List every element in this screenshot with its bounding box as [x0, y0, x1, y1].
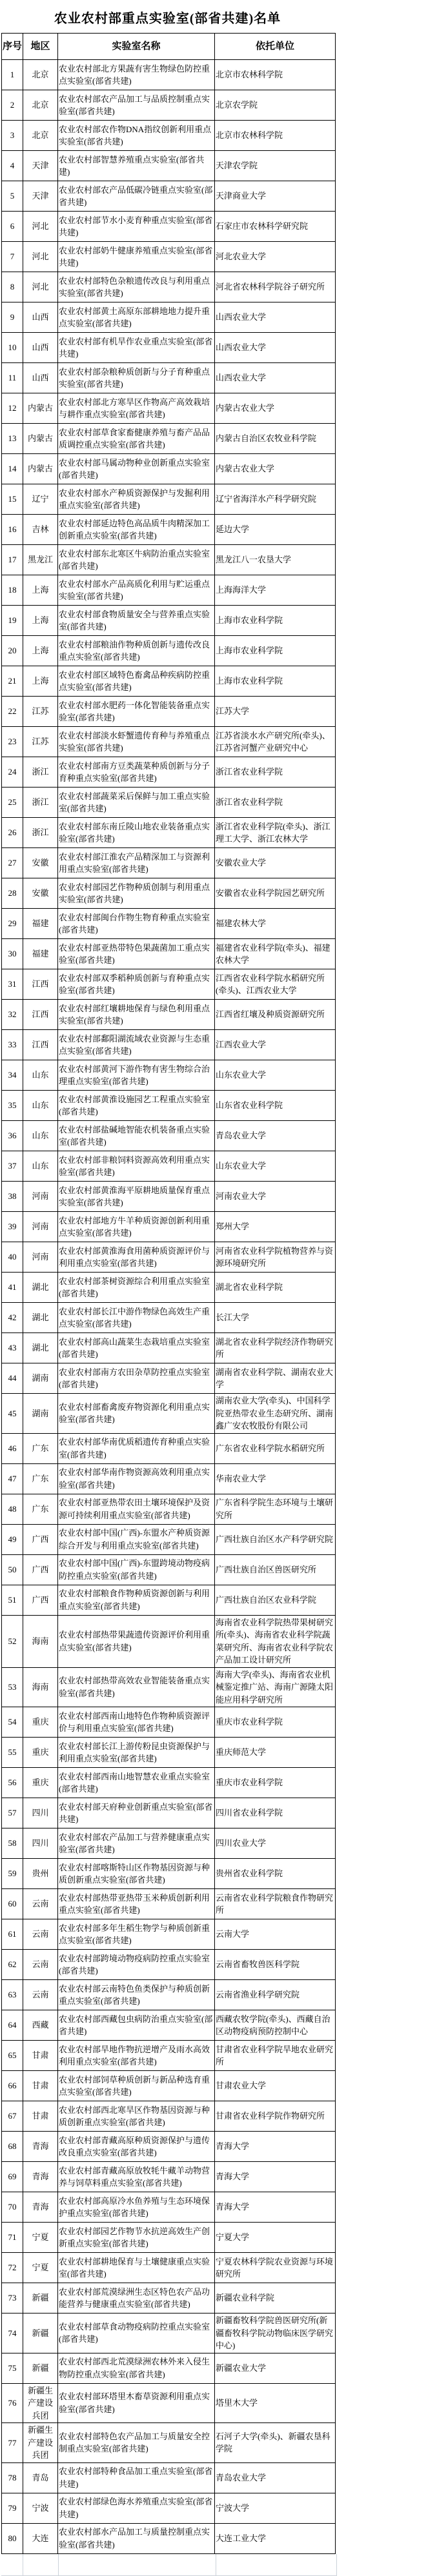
- cell-region: 福建: [23, 939, 58, 969]
- cell-org: 宁夏大学: [215, 2223, 336, 2253]
- cell-org: 辽宁省海洋水产科学研究院: [215, 484, 336, 515]
- cell-lab: 农业农村部水肥药一体化智能装备重点实验室(部省共建): [58, 697, 215, 727]
- cell-org: 湖南省农业科学院、湖南农业大学: [215, 1363, 336, 1394]
- table-row: 49 广西 农业农村部中国(广西)-东盟水产种质资源综合开发与利用重点实验室(部…: [2, 1524, 336, 1554]
- table-row: 42 湖北 农业农村部长江中游作物绿色高效生产重点实验室(部省共建) 长江大学: [2, 1303, 336, 1333]
- cell-no: 80: [2, 2523, 23, 2553]
- cell-region: 新疆生产建设兵团: [23, 2383, 58, 2423]
- cell-org: 甘肃农业大学: [215, 2071, 336, 2101]
- cell-lab: 农业农村部旱地作物抗逆增产及雨水高效利用重点实验室(部省共建): [58, 2041, 215, 2071]
- cell-org: 天津农学院: [215, 151, 336, 181]
- cell-org: 浙江省农业科学院: [215, 788, 336, 818]
- cell-lab: 农业农村部高原冷水鱼养殖与生态环境保护重点实验室(部省共建): [58, 2192, 215, 2223]
- table-row: 23 江苏 农业农村部淡水虾蟹遗传育种与养殖重点实验室(部省共建) 江苏省淡水水…: [2, 727, 336, 757]
- cell-org: 青岛农业大学: [215, 2462, 336, 2493]
- table-row: 20 上海 农业农村部粮油作物种质创新与遗传改良重点实验室(部省共建) 上海市农…: [2, 636, 336, 666]
- cell-no: 13: [2, 424, 23, 454]
- table-row: 9 山西 农业农村部黄土高原东部耕地地力提升重点实验室(部省共建) 山西农业大学: [2, 302, 336, 333]
- cell-region: 新疆生产建设兵团: [23, 2423, 58, 2463]
- cell-org: 大连工业大学: [215, 2523, 336, 2553]
- cell-org: 湖北省农业科学院: [215, 1273, 336, 1303]
- cell-org: 云南大学: [215, 1919, 336, 1950]
- cell-org: 安徽省农业科学院园艺研究所: [215, 878, 336, 909]
- cell-lab: 农业农村部长江上游传粉昆虫资源保护与利用重点实验室(部省共建): [58, 1738, 215, 1768]
- table-row: 15 辽宁 农业农村部水产种质资源保护与发掘利用重点实验室(部省共建) 辽宁省海…: [2, 484, 336, 515]
- table-row: 45 湖南 农业农村部畜禽废弃物资源化利用重点实验室(部省共建) 湖南农业大学(…: [2, 1394, 336, 1434]
- cell-org: 江苏省淡水水产研究所(牵头)、江苏省河蟹产业研究中心: [215, 727, 336, 757]
- cell-region: 山东: [23, 1091, 58, 1121]
- cell-no: 73: [2, 2283, 23, 2313]
- table-row: 2 北京 农业农村部农产品加工与品质控制重点实验室(部省共建) 北京农学院: [2, 90, 336, 121]
- cell-lab: 农业农村部喀斯特山区作物基因资源与种质创新重点实验室(部省共建): [58, 1859, 215, 1889]
- cell-org: 甘肃省农业科学院旱地农业研究所: [215, 2041, 336, 2071]
- table-row: 66 甘肃 农业农村部饲草种质创新与新品种选育重点实验室(部省共建) 甘肃农业大…: [2, 2071, 336, 2101]
- cell-org: 内蒙古农业大学: [215, 393, 336, 424]
- cell-org: 江西省红壤及种质资源研究所: [215, 1000, 336, 1030]
- cell-lab: 农业农村部节水小麦育种重点实验室(部省共建): [58, 212, 215, 242]
- cell-lab: 农业农村部食物质量安全与营养重点实验室(部省共建): [58, 606, 215, 636]
- table-row: 73 新疆 农业农村部荒漠绿洲生态区特色农产品功能营养与健康重点实验室(部省共建…: [2, 2283, 336, 2313]
- table-row: 29 福建 农业农村部闽台作物生物育种重点实验室(部省共建) 福建农林大学: [2, 909, 336, 939]
- cell-region: 山东: [23, 1060, 58, 1091]
- cell-no: 29: [2, 909, 23, 939]
- cell-lab: 农业农村部云南特色鱼类保护与种质创新重点实验室(部省共建): [58, 1980, 215, 2010]
- cell-region: 广西: [23, 1554, 58, 1585]
- cell-org: 甘肃省农业科学院作物研究所: [215, 2101, 336, 2132]
- cell-org: 四川农业大学: [215, 1828, 336, 1859]
- cell-lab: 农业农村部特色杂粮遗传改良与利用重点实验室(部省共建): [58, 272, 215, 302]
- cell-org: 山西农业大学: [215, 302, 336, 333]
- cell-region: 宁波: [23, 2493, 58, 2523]
- table-row: 76 新疆生产建设兵团 农业农村部环塔里木畜草资源利用重点实验室(部省共建) 塔…: [2, 2383, 336, 2423]
- cell-region: 湖南: [23, 1363, 58, 1394]
- cell-lab: 农业农村部畜禽废弃物资源化利用重点实验室(部省共建): [58, 1394, 215, 1434]
- cell-lab: 农业农村部水产品高质化利用与贮运重点实验室(部省共建): [58, 575, 215, 606]
- cell-no: 26: [2, 818, 23, 848]
- cell-org: 广东省科学院生态环境与土壤研究所: [215, 1494, 336, 1524]
- cell-org: 延边大学: [215, 515, 336, 545]
- cell-region: 北京: [23, 121, 58, 151]
- cell-lab: 农业农村部延边特色高品质牛肉精深加工创新重点实验室(部省共建): [58, 515, 215, 545]
- cell-no: 7: [2, 242, 23, 272]
- table-row: 33 江西 农业农村部鄱阳湖流域农业资源与生态重点实验室(部省共建) 江西农业大…: [2, 1030, 336, 1060]
- cell-region: 浙江: [23, 757, 58, 788]
- cell-lab: 农业农村部智慧养殖重点实验室(部省共建): [58, 151, 215, 181]
- cell-lab: 农业农村部盐碱地智能农机装备重点实验室(部省共建): [58, 1121, 215, 1151]
- table-row: 13 内蒙古 农业农村部草食家畜健康养殖与畜产品品质调控重点实验室(部省共建) …: [2, 424, 336, 454]
- table-row: 47 广东 农业农村部华南作物资源高效利用重点实验室(部省共建) 华南农业大学: [2, 1463, 336, 1494]
- cell-no: 63: [2, 1980, 23, 2010]
- table-row: 43 湖北 农业农村部高山蔬菜生态栽培重点实验室(部省共建) 湖北省农业科学院经…: [2, 1333, 336, 1363]
- cell-region: 湖北: [23, 1303, 58, 1333]
- cell-no: 57: [2, 1798, 23, 1828]
- cell-region: 浙江: [23, 818, 58, 848]
- cell-region: 江西: [23, 1000, 58, 1030]
- cell-org: 天津商业大学: [215, 181, 336, 212]
- header-lab: 实验室名称: [58, 34, 215, 60]
- cell-region: 江西: [23, 1030, 58, 1060]
- cell-org: 新疆畜牧科学院兽医研究所(新疆畜牧科学院动物临床医学研究中心): [215, 2313, 336, 2353]
- cell-no: 69: [2, 2162, 23, 2192]
- cell-no: 34: [2, 1060, 23, 1091]
- cell-region: 河北: [23, 212, 58, 242]
- cell-lab: 农业农村部黄淮设施园艺工程重点实验室(部省共建): [58, 1091, 215, 1121]
- cell-org: 重庆市农业科学院: [215, 1768, 336, 1798]
- cell-lab: 农业农村部茶树资源综合利用重点实验室(部省共建): [58, 1273, 215, 1303]
- cell-org: 海南大学(牵头)、海南省农业机械鉴定推广站、海南广源隆太阳能应用科学研究所: [215, 1667, 336, 1707]
- table-row: 12 内蒙古 农业农村部北方寒旱区作物高产高效栽培与耕作重点实验室(部省共建) …: [2, 393, 336, 424]
- cell-region: 广东: [23, 1433, 58, 1463]
- cell-no: 66: [2, 2071, 23, 2101]
- cell-region: 河南: [23, 1212, 58, 1242]
- table-row: 34 山东 农业农村部黄河下游作物有害生物综合治理重点实验室(部省共建) 山东农…: [2, 1060, 336, 1091]
- table-row: 57 四川 农业农村部天府种业创新重点实验室(部省共建) 四川省农业科学院: [2, 1798, 336, 1828]
- cell-lab: 农业农村部青藏高原放牧牦牛藏羊动物营养与饲草料重点实验室(部省共建): [58, 2162, 215, 2192]
- cell-no: 75: [2, 2353, 23, 2383]
- cell-no: 11: [2, 363, 23, 393]
- cell-no: 72: [2, 2253, 23, 2283]
- cell-org: 宁夏农林科学院农业资源与环境研究所: [215, 2253, 336, 2283]
- cell-region: 安徽: [23, 848, 58, 878]
- table-row: 19 上海 农业农村部食物质量安全与营养重点实验室(部省共建) 上海市农业科学院: [2, 606, 336, 636]
- table-row: 64 西藏 农业农村部西藏包虫病防治重点实验室(部省共建) 西藏农牧学院(牵头)…: [2, 2010, 336, 2041]
- cell-org: 北京农学院: [215, 90, 336, 121]
- cell-no: 14: [2, 454, 23, 484]
- cell-org: 山东省农业科学院: [215, 1091, 336, 1121]
- table-row: 11 山西 农业农村部杂粮种质创新与分子育种重点实验室(部省共建) 山西农业大学: [2, 363, 336, 393]
- cell-region: 江苏: [23, 697, 58, 727]
- cell-org: 石家庄市农林科学研究院: [215, 212, 336, 242]
- cell-region: 河北: [23, 272, 58, 302]
- cell-region: 山东: [23, 1151, 58, 1182]
- cell-region: 青岛: [23, 2462, 58, 2493]
- cell-region: 上海: [23, 606, 58, 636]
- cell-no: 67: [2, 2101, 23, 2132]
- cell-region: 山西: [23, 333, 58, 363]
- table-row: 63 云南 农业农村部云南特色鱼类保护与种质创新重点实验室(部省共建) 云南省渔…: [2, 1980, 336, 2010]
- cell-org: 河北农业大学: [215, 242, 336, 272]
- cell-lab: 农业农村部园艺作物种质创制与利用重点实验室(部省共建): [58, 878, 215, 909]
- cell-lab: 农业农村部特色农产品加工与质量安全控制重点实验室(部省共建): [58, 2423, 215, 2463]
- cell-no: 61: [2, 1919, 23, 1950]
- cell-lab: 农业农村部荒漠绿洲生态区特色农产品功能营养与健康重点实验室(部省共建): [58, 2283, 215, 2313]
- cell-region: 云南: [23, 1919, 58, 1950]
- cell-no: 62: [2, 1950, 23, 1980]
- table-row: 31 江西 农业农村部双季稻种质创新与育种重点实验室(部省共建) 江西省农业科学…: [2, 969, 336, 1000]
- cell-no: 32: [2, 1000, 23, 1030]
- cell-org: 新疆农业大学: [215, 2353, 336, 2383]
- cell-no: 79: [2, 2493, 23, 2523]
- cell-region: 重庆: [23, 1707, 58, 1738]
- gridline-cell: [216, 2554, 337, 2576]
- cell-no: 10: [2, 333, 23, 363]
- cell-region: 甘肃: [23, 2101, 58, 2132]
- cell-no: 45: [2, 1394, 23, 1434]
- table-row: 36 山东 农业农村部盐碱地智能农机装备重点实验室(部省共建) 青岛农业大学: [2, 1121, 336, 1151]
- table-row: 30 福建 农业农村部亚热带特色果蔬菌加工重点实验室(部省共建) 福建省农业科学…: [2, 939, 336, 969]
- cell-org: 重庆市农业科学院: [215, 1707, 336, 1738]
- cell-region: 江苏: [23, 727, 58, 757]
- cell-lab: 农业农村部农作物DNA指纹创新利用重点实验室(部省共建): [58, 121, 215, 151]
- cell-no: 8: [2, 272, 23, 302]
- cell-lab: 农业农村部草食动物疫病防控重点实验室(部省共建): [58, 2313, 215, 2353]
- cell-org: 江西省农业科学院水稻研究所(牵头)、江西农业大学: [215, 969, 336, 1000]
- cell-no: 5: [2, 181, 23, 212]
- cell-org: 广西壮族自治区水产科学研究院: [215, 1524, 336, 1554]
- cell-no: 68: [2, 2132, 23, 2162]
- cell-no: 64: [2, 2010, 23, 2041]
- cell-no: 6: [2, 212, 23, 242]
- cell-lab: 农业农村部草食家畜健康养殖与畜产品品质调控重点实验室(部省共建): [58, 424, 215, 454]
- cell-no: 65: [2, 2041, 23, 2071]
- table-row: 52 海南 农业农村部热带果蔬遗传资源评价利用重点实验室(部省共建) 海南省农业…: [2, 1615, 336, 1667]
- table-row: 75 新疆 农业农村部西北荒漠绿洲农林外来入侵生物防控重点实验室(部省共建) 新…: [2, 2353, 336, 2383]
- cell-no: 44: [2, 1363, 23, 1394]
- cell-region: 云南: [23, 1889, 58, 1919]
- cell-lab: 农业农村部长江中游作物绿色高效生产重点实验室(部省共建): [58, 1303, 215, 1333]
- cell-lab: 农业农村部特种食品加工重点实验室(部省共建): [58, 2462, 215, 2493]
- gridline-cell: [23, 2554, 59, 2576]
- table-row: 72 宁夏 农业农村部耕地保育与土壤健康重点实验室(部省共建) 宁夏农林科学院农…: [2, 2253, 336, 2283]
- table-row: 41 湖北 农业农村部茶树资源综合利用重点实验室(部省共建) 湖北省农业科学院: [2, 1273, 336, 1303]
- cell-lab: 农业农村部西南山地特色作物种质资源评价与利用重点实验室(部省共建): [58, 1707, 215, 1738]
- cell-org: 新疆农业科学院: [215, 2283, 336, 2313]
- cell-region: 内蒙古: [23, 454, 58, 484]
- cell-region: 青海: [23, 2192, 58, 2223]
- table-row: 65 甘肃 农业农村部旱地作物抗逆增产及雨水高效利用重点实验室(部省共建) 甘肃…: [2, 2041, 336, 2071]
- cell-no: 46: [2, 1433, 23, 1463]
- cell-no: 50: [2, 1554, 23, 1585]
- table-row: 26 浙江 农业农村部东南丘陵山地农业装备重点实验室(部省共建) 浙江省农业科学…: [2, 818, 336, 848]
- cell-region: 吉林: [23, 515, 58, 545]
- cell-no: 41: [2, 1273, 23, 1303]
- cell-no: 20: [2, 636, 23, 666]
- table-row: 61 云南 农业农村部多年生稻生物学与种质创新重点实验室(部省共建) 云南大学: [2, 1919, 336, 1950]
- cell-no: 54: [2, 1707, 23, 1738]
- header-org: 依托单位: [215, 34, 336, 60]
- cell-lab: 农业农村部杂粮种质创新与分子育种重点实验室(部省共建): [58, 363, 215, 393]
- cell-org: 青海大学: [215, 2132, 336, 2162]
- cell-region: 湖南: [23, 1394, 58, 1434]
- cell-region: 山西: [23, 302, 58, 333]
- cell-lab: 农业农村部区域特色畜禽品种疾病防控重点实验室(部省共建): [58, 666, 215, 697]
- cell-no: 71: [2, 2223, 23, 2253]
- cell-no: 30: [2, 939, 23, 969]
- page-title: 农业农村部重点实验室(部省共建)名单: [0, 0, 335, 33]
- table-row: 74 新疆 农业农村部草食动物疫病防控重点实验室(部省共建) 新疆畜牧科学院兽医…: [2, 2313, 336, 2353]
- cell-no: 56: [2, 1768, 23, 1798]
- cell-no: 3: [2, 121, 23, 151]
- cell-org: 贵州省农业科学院: [215, 1859, 336, 1889]
- cell-org: 青岛农业大学: [215, 1121, 336, 1151]
- cell-region: 广西: [23, 1524, 58, 1554]
- cell-region: 河南: [23, 1242, 58, 1273]
- cell-lab: 农业农村部江淮农产品精深加工与资源利用重点实验室(部省共建): [58, 848, 215, 878]
- cell-region: 海南: [23, 1667, 58, 1707]
- cell-no: 49: [2, 1524, 23, 1554]
- cell-region: 辽宁: [23, 484, 58, 515]
- table-row: 54 重庆 农业农村部西南山地特色作物种质资源评价与利用重点实验室(部省共建) …: [2, 1707, 336, 1738]
- cell-region: 新疆: [23, 2313, 58, 2353]
- table-row: 14 内蒙古 农业农村部马属动物种业创新重点实验室(部省共建) 内蒙古农业大学: [2, 454, 336, 484]
- cell-org: 郑州大学: [215, 1212, 336, 1242]
- cell-region: 四川: [23, 1828, 58, 1859]
- cell-lab: 农业农村部淡水虾蟹遗传育种与养殖重点实验室(部省共建): [58, 727, 215, 757]
- cell-org: 山西农业大学: [215, 363, 336, 393]
- table-row: 53 海南 农业农村部热带高效农业智能装备重点实验室(部省共建) 海南大学(牵头…: [2, 1667, 336, 1707]
- cell-no: 23: [2, 727, 23, 757]
- cell-lab: 农业农村部马属动物种业创新重点实验室(部省共建): [58, 454, 215, 484]
- table-row: 24 浙江 农业农村部南方豆类蔬菜种质创新与分子育种重点实验室(部省共建) 浙江…: [2, 757, 336, 788]
- cell-region: 海南: [23, 1615, 58, 1667]
- cell-no: 70: [2, 2192, 23, 2223]
- cell-lab: 农业农村部耕地保育与土壤健康重点实验室(部省共建): [58, 2253, 215, 2283]
- cell-lab: 农业农村部多年生稻生物学与种质创新重点实验室(部省共建): [58, 1919, 215, 1950]
- cell-lab: 农业农村部园艺作物节水抗逆高效生产创新重点实验室(部省共建): [58, 2223, 215, 2253]
- cell-org: 江苏大学: [215, 697, 336, 727]
- table-row: 58 四川 农业农村部农产品加工与营养健康重点实验室(部省共建) 四川农业大学: [2, 1828, 336, 1859]
- cell-region: 大连: [23, 2523, 58, 2553]
- cell-no: 9: [2, 302, 23, 333]
- cell-region: 安徽: [23, 878, 58, 909]
- cell-org: 黑龙江八一农垦大学: [215, 545, 336, 575]
- cell-no: 40: [2, 1242, 23, 1273]
- cell-no: 52: [2, 1615, 23, 1667]
- cell-org: 长江大学: [215, 1303, 336, 1333]
- table-row: 46 广东 农业农村部华南优质稻遗传育种重点实验室(部省共建) 广东省农业科学院…: [2, 1433, 336, 1463]
- table-row: 40 河南 农业农村部黄淮海食用菌种质资源评价与利用重点实验室(部省共建) 河南…: [2, 1242, 336, 1273]
- cell-lab: 农业农村部黄淮海平原耕地质量保育重点实验室(部省共建): [58, 1182, 215, 1212]
- table-row: 59 贵州 农业农村部喀斯特山区作物基因资源与种质创新重点实验室(部省共建) 贵…: [2, 1859, 336, 1889]
- cell-org: 浙江省农业科学院: [215, 757, 336, 788]
- cell-lab: 农业农村部西北寒旱区作物基因资源与种质创新重点实验室(部省共建): [58, 2101, 215, 2132]
- cell-org: 四川省农业科学院: [215, 1798, 336, 1828]
- cell-org: 北京市农林科学院: [215, 60, 336, 90]
- cell-lab: 农业农村部鄱阳湖流域农业资源与生态重点实验室(部省共建): [58, 1030, 215, 1060]
- cell-region: 甘肃: [23, 2041, 58, 2071]
- cell-no: 43: [2, 1333, 23, 1363]
- cell-no: 18: [2, 575, 23, 606]
- cell-lab: 农业农村部绿色海水养殖重点实验室(部省共建): [58, 2493, 215, 2523]
- cell-no: 76: [2, 2383, 23, 2423]
- table-row: 7 河北 农业农村部奶牛健康养殖重点实验室(部省共建) 河北农业大学: [2, 242, 336, 272]
- cell-no: 55: [2, 1738, 23, 1768]
- table-row: 18 上海 农业农村部水产品高质化利用与贮运重点实验室(部省共建) 上海海洋大学: [2, 575, 336, 606]
- cell-lab: 农业农村部粮食作物种质资源创新与利用重点实验室(部省共建): [58, 1585, 215, 1615]
- cell-org: 湖北省农业科学院经济作物研究所: [215, 1333, 336, 1363]
- cell-region: 宁夏: [23, 2223, 58, 2253]
- cell-lab: 农业农村部跨境动物疫病防控重点实验室(部省共建): [58, 1950, 215, 1980]
- cell-region: 内蒙古: [23, 393, 58, 424]
- cell-lab: 农业农村部黄淮海食用菌种质资源评价与利用重点实验室(部省共建): [58, 1242, 215, 1273]
- cell-lab: 农业农村部华南优质稻遗传育种重点实验室(部省共建): [58, 1433, 215, 1463]
- cell-org: 广西壮族自治区兽医研究所: [215, 1554, 336, 1585]
- cell-lab: 农业农村部红壤耕地保育与绿色利用重点实验室(部省共建): [58, 1000, 215, 1030]
- cell-no: 12: [2, 393, 23, 424]
- cell-no: 39: [2, 1212, 23, 1242]
- cell-no: 59: [2, 1859, 23, 1889]
- cell-org: 福建农林大学: [215, 909, 336, 939]
- cell-region: 广西: [23, 1585, 58, 1615]
- gridline-cell: [59, 2554, 216, 2576]
- table-row: 79 宁波 农业农村部绿色海水养殖重点实验室(部省共建) 宁波大学: [2, 2493, 336, 2523]
- cell-org: 华南农业大学: [215, 1463, 336, 1494]
- table-row: 56 重庆 农业农村部西南山地智慧农业重点实验室(部省共建) 重庆市农业科学院: [2, 1768, 336, 1798]
- table-row: 68 青海 农业农村部青藏高原种质资源保护与遗传改良重点实验室(部省共建) 青海…: [2, 2132, 336, 2162]
- cell-region: 浙江: [23, 788, 58, 818]
- cell-no: 27: [2, 848, 23, 878]
- table-row: 38 河南 农业农村部黄淮海平原耕地质量保育重点实验室(部省共建) 河南农业大学: [2, 1182, 336, 1212]
- cell-region: 广东: [23, 1494, 58, 1524]
- table-row: 80 大连 农业农村部水产品加工与质量控制重点实验室(部省共建) 大连工业大学: [2, 2523, 336, 2553]
- cell-lab: 农业农村部农产品低碳冷链重点实验室(部省共建): [58, 181, 215, 212]
- cell-org: 青海大学: [215, 2192, 336, 2223]
- cell-lab: 农业农村部热带高效农业智能装备重点实验室(部省共建): [58, 1667, 215, 1707]
- table-row: 16 吉林 农业农村部延边特色高品质牛肉精深加工创新重点实验室(部省共建) 延边…: [2, 515, 336, 545]
- cell-org: 上海市农业科学院: [215, 666, 336, 697]
- cell-org: 上海海洋大学: [215, 575, 336, 606]
- cell-lab: 农业农村部热带果蔬遗传资源评价利用重点实验室(部省共建): [58, 1615, 215, 1667]
- header-no: 序号: [2, 34, 23, 60]
- cell-region: 上海: [23, 636, 58, 666]
- cell-region: 黑龙江: [23, 545, 58, 575]
- table-row: 35 山东 农业农村部黄淮设施园艺工程重点实验室(部省共建) 山东省农业科学院: [2, 1091, 336, 1121]
- cell-lab: 农业农村部北方果蔬有害生物绿色防控重点实验室(部省共建): [58, 60, 215, 90]
- cell-no: 15: [2, 484, 23, 515]
- cell-region: 上海: [23, 575, 58, 606]
- cell-lab: 农业农村部双季稻种质创新与育种重点实验室(部省共建): [58, 969, 215, 1000]
- cell-lab: 农业农村部黄河下游作物有害生物综合治理重点实验室(部省共建): [58, 1060, 215, 1091]
- cell-lab: 农业农村部西藏包虫病防治重点实验室(部省共建): [58, 2010, 215, 2041]
- table-row: 67 甘肃 农业农村部西北寒旱区作物基因资源与种质创新重点实验室(部省共建) 甘…: [2, 2101, 336, 2132]
- cell-lab: 农业农村部粮油作物种质创新与遗传改良重点实验室(部省共建): [58, 636, 215, 666]
- table-row: 55 重庆 农业农村部长江上游传粉昆虫资源保护与利用重点实验室(部省共建) 重庆…: [2, 1738, 336, 1768]
- table-row: 44 湖南 农业农村部南方农田杂草防控重点实验室(部省共建) 湖南省农业科学院、…: [2, 1363, 336, 1394]
- cell-org: 浙江省农业科学院(牵头)、浙江理工大学、浙江农林大学: [215, 818, 336, 848]
- cell-lab: 农业农村部环塔里木畜草资源利用重点实验室(部省共建): [58, 2383, 215, 2423]
- cell-lab: 农业农村部农产品加工与品质控制重点实验室(部省共建): [58, 90, 215, 121]
- cell-no: 38: [2, 1182, 23, 1212]
- cell-no: 21: [2, 666, 23, 697]
- cell-region: 北京: [23, 90, 58, 121]
- cell-region: 云南: [23, 1950, 58, 1980]
- cell-no: 1: [2, 60, 23, 90]
- cell-region: 内蒙古: [23, 424, 58, 454]
- table-row: 4 天津 农业农村部智慧养殖重点实验室(部省共建) 天津农学院: [2, 151, 336, 181]
- cell-no: 36: [2, 1121, 23, 1151]
- gridline-cell: [1, 2554, 23, 2576]
- cell-lab: 农业农村部东北寒区牛病防治重点实验室(部省共建): [58, 545, 215, 575]
- cell-lab: 农业农村部奶牛健康养殖重点实验室(部省共建): [58, 242, 215, 272]
- cell-lab: 农业农村部非粮饲料资源高效利用重点实验室(部省共建): [58, 1151, 215, 1182]
- cell-no: 42: [2, 1303, 23, 1333]
- spreadsheet-gridlines: [1, 2554, 437, 2575]
- cell-region: 青海: [23, 2132, 58, 2162]
- cell-org: 云南省渔业科学研究院: [215, 1980, 336, 2010]
- cell-org: 江西农业大学: [215, 1030, 336, 1060]
- cell-region: 河北: [23, 242, 58, 272]
- cell-lab: 农业农村部饲草种质创新与新品种选育重点实验室(部省共建): [58, 2071, 215, 2101]
- table-row: 39 河南 农业农村部地方牛羊种质资源创新利用重点实验室(部省共建) 郑州大学: [2, 1212, 336, 1242]
- table-row: 77 新疆生产建设兵团 农业农村部特色农产品加工与质量安全控制重点实验室(部省共…: [2, 2423, 336, 2463]
- cell-lab: 农业农村部亚热带特色果蔬菌加工重点实验室(部省共建): [58, 939, 215, 969]
- cell-region: 上海: [23, 666, 58, 697]
- cell-region: 云南: [23, 1980, 58, 2010]
- cell-no: 2: [2, 90, 23, 121]
- cell-lab: 农业农村部蔬菜采后保鲜与加工重点实验室(部省共建): [58, 788, 215, 818]
- cell-org: 河南省农业科学院植物营养与资源环境研究所: [215, 1242, 336, 1273]
- cell-org: 福建省农业科学院(牵头)、福建农林大学: [215, 939, 336, 969]
